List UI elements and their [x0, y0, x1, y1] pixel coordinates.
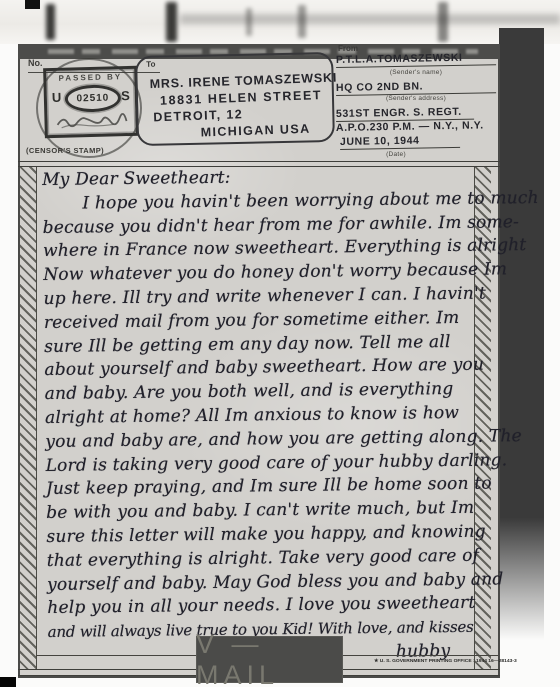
message-area: My Dear Sweetheart: I hope you havin't b… — [18, 167, 500, 670]
handwritten-message: My Dear Sweetheart: I hope you havin't b… — [42, 164, 478, 669]
scan-corner-mark — [0, 677, 16, 687]
film-sprocket-mark — [166, 2, 177, 42]
recipient-city: DETROIT, 12 — [153, 107, 243, 124]
sender-address: HQ CO 2ND BN. — [336, 79, 496, 96]
censor-stamp-caption: (CENSOR'S STAMP) — [26, 146, 104, 155]
vmail-stamp: V —MAIL — [196, 636, 343, 683]
film-sprocket-mark — [246, 8, 252, 36]
recipient-state: MICHIGAN USA — [200, 122, 310, 140]
vmail-letter-scan: No. PASSED BY U 02510 S (CENSOR'S STAMP)… — [0, 0, 560, 687]
date-caption: (Date) — [336, 151, 456, 158]
sender-name: P.T.L.A.TOMASZEWSKI — [336, 51, 496, 68]
left-hatch-border — [20, 167, 37, 670]
stamp-letter-s: S — [121, 88, 130, 103]
film-sprocket-mark — [46, 4, 55, 40]
recipient-address-box: To MRS. IRENE TOMASZEWSKI 18831 HELEN ST… — [135, 52, 335, 146]
to-label: To — [146, 60, 155, 69]
film-corner-mark — [25, 0, 40, 9]
letter-date: JUNE 10, 1944 — [340, 134, 460, 150]
film-sprocket-mark — [298, 5, 306, 38]
vmail-stamp-text: V —MAIL — [196, 629, 343, 687]
recipient-street: 18831 HELEN STREET — [160, 88, 323, 108]
censor-stamp: PASSED BY U 02510 S — [43, 66, 139, 138]
censor-signature-scribble — [55, 113, 127, 131]
film-sprocket-mark — [438, 2, 448, 42]
censor-number: 02510 — [65, 84, 122, 112]
stamp-letter-u: U — [52, 90, 62, 105]
no-label: No. — [28, 58, 43, 68]
sender-name-caption: (Sender's name) — [336, 69, 496, 76]
printing-office-note: ★ U. S. GOVERNMENT PRINTING OFFICE : 194… — [374, 658, 497, 664]
scan-edge-band — [499, 28, 544, 640]
microfilm-strip — [0, 0, 560, 44]
film-streak — [180, 14, 560, 24]
from-label: From — [338, 44, 358, 53]
sender-address-caption: (Sender's address) — [336, 95, 496, 102]
passed-by-text: PASSED BY — [46, 72, 134, 83]
